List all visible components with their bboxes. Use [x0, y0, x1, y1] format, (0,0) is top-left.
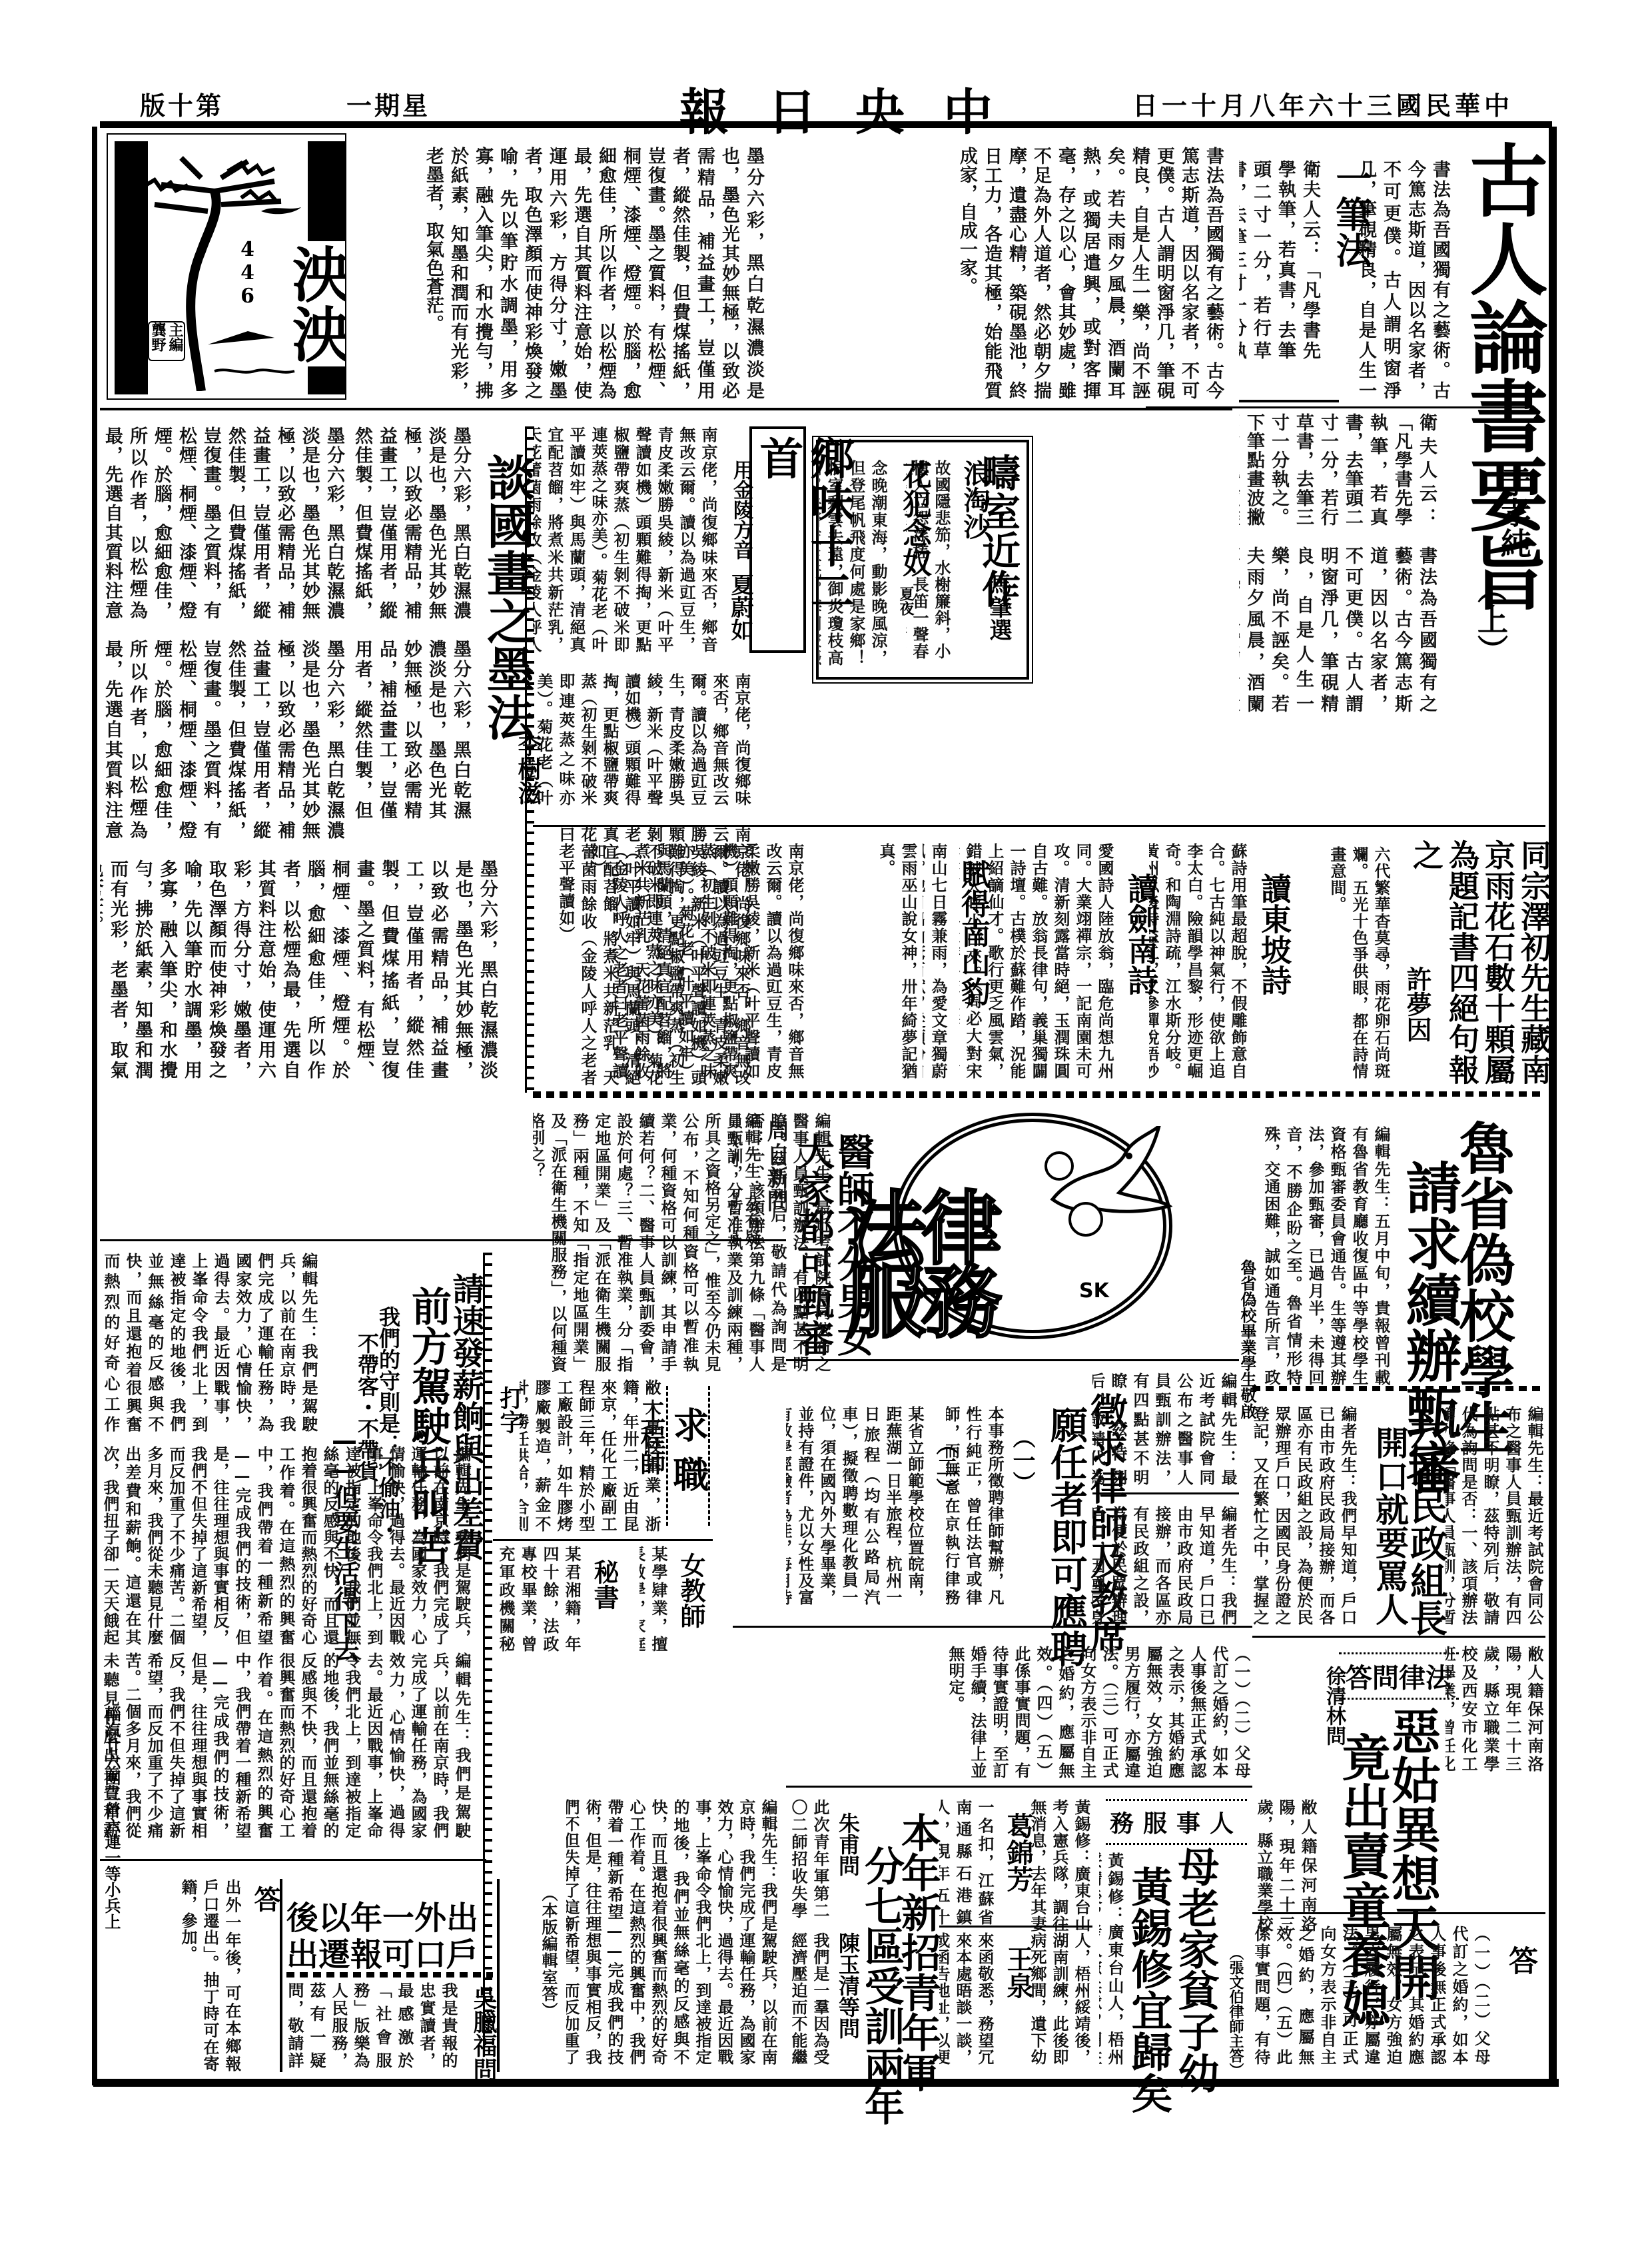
lawyer-wanted-title-line2: 願任者即可應聘 — [1039, 1406, 1092, 1667]
calligraphy-section-text: 衛夫人云：「凡學書先學執筆，若真書，去筆頭二寸一分，若行草書，去筆三寸一分執之。… — [1239, 160, 1322, 360]
poetry-box-author: 馬肇選 — [983, 573, 1015, 641]
rainstone-sub-text-3: 南山七日霧兼雨，為愛文章獨蔚佩。他日出山驚百獸，從頭盼自生姿。 — [923, 843, 949, 1079]
wavy-divider — [286, 1972, 493, 1978]
job-item-role-2: 打字 — [493, 1386, 527, 1434]
personnel-title-line1: 母老家貧子幼 — [1172, 1846, 1218, 2093]
ink-text-3: 墨分六彩，黑白乾濕濃淡是也，墨色光其妙無極，以致必需精品，補益畫工，豈僅用者，縱… — [100, 426, 346, 620]
personnel-label: 人事服務 — [1106, 1799, 1247, 1845]
missing-text-2: 來函敬悉，務望冗來本處晤談一談，或函告地址，以便聯絡敬請為荷。南京市公共汽車管理… — [939, 1932, 996, 2065]
job-item-role-3: 女教師 — [673, 1552, 709, 1628]
legal-qa-label: 法律問答 — [1339, 1652, 1459, 1700]
ink-text-1: 墨分六彩，黑白乾濕濃淡是也，墨色光其妙無極，以致必需精品，補益畫工，豈僅用者，縱… — [353, 426, 473, 620]
youth-army-answer: （一）（二）父母代訂之婚約，如本人事後無正式承認之表示，其婚約應屬無效，女方強迫… — [786, 1646, 1252, 1779]
job-item-role-4: 秘書 — [586, 1559, 623, 1610]
legal-qa-answer-label: 答 — [1499, 1946, 1541, 1975]
household-text: 我是貴報的忠實讀者，最感激於「社會服務」版樂為人民服務，茲有一疑問，敬請詳細報答… — [286, 1982, 460, 2069]
district-chief-title-line2: 開口就要罵人 — [1366, 1426, 1414, 1626]
shandong-signature: 魯省偽校畢業學生敬啟 — [1236, 1259, 1259, 1419]
job-seeking-label: 求職 — [668, 1407, 708, 1505]
legal-qa-asker: 徐清林問 — [1319, 1666, 1348, 1746]
youth-army-q2-asker: 陳玉清等問 — [833, 1932, 863, 2039]
wavy-divider — [1252, 1386, 1545, 1391]
ink-text-2: 墨分六彩，黑白乾濕濃淡是也，墨色光其妙無極，以致必需精品，補益畫工，豈僅用者，縱… — [353, 640, 473, 820]
household-answer: 出外一年後，可在本鄉報戶口遷出」。抽丁時可在寄籍，參加。 — [100, 1879, 243, 2072]
divider — [1252, 1912, 1545, 1914]
legal-qa-text: 敝人籍保河南洛陽，現年二十三歲，縣立職業學校及西安市化工班畢業，曾任化工廠製造肥… — [1445, 1646, 1545, 1772]
personnel-text: 黃錫修：廣東台山人，梧州綏靖後，考入憲兵隊，調往湖南訓練，此後即無消息，去年其妻… — [1099, 1852, 1126, 2065]
divider — [493, 1539, 713, 1541]
editor-label: 主編 — [167, 322, 184, 360]
divider — [533, 825, 1545, 827]
district-chief-text: 編者先生：我們早知道，戶口已由市政府民政局接辦，而各區亦有民政組之設，為便於民眾… — [1252, 1406, 1359, 1626]
household-asker: 吳臘福問 — [466, 1985, 500, 2081]
rainstone-sub-text-1: 蘇詩用筆最超脫，不假雕飾意自合。七古純以神氣行，使欲上追李太白。險韻學昌黎，形迹… — [1149, 843, 1249, 1079]
youth-army-q2-text: 我們是一羣因為受經濟壓迫而不能繼續求學之失學失業者，因閱報貴報見青年軍二〇二師招… — [786, 1932, 831, 2065]
youth-army-title-line2: 分七區受訓兩年 — [859, 1846, 903, 2125]
issue-number: 446 — [234, 238, 260, 308]
calligraphy-continued-4: 墨分六彩，黑白乾濕濃淡是也，墨色光其妙無極，以致必需精品，補益畫工，豈僅用者，縱… — [373, 147, 766, 400]
hometown-subtitle: 用金陵方音 — [726, 460, 755, 560]
divider — [100, 1859, 486, 1861]
divider — [786, 1786, 1252, 1788]
lawyer-wanted-part2-label: （二） — [929, 1432, 962, 1500]
rainstone-sub-heading-1: 讀東坡詩 — [1252, 873, 1296, 995]
drivers-text-2: 編輯先生：我們是駕駛兵，以前在南京時，我們完成了運輸任務，為國家效力，心情愉快，… — [100, 1446, 473, 1646]
page-border-bottom — [93, 2079, 1559, 2087]
page-border-left — [92, 127, 97, 2085]
calligraphy-continued-1: 衛夫人云：「凡學書先學執筆，若真書，去筆頭二寸一分，若行草書，去筆三寸一分執之。… — [1239, 413, 1439, 526]
rainstone-sub-text-4: 雲雨巫山說女神，卅年綺夢記猶真。 — [813, 843, 919, 1079]
divider — [100, 408, 1232, 410]
rainstone-sub-heading-3: 賦得南山豹 — [951, 859, 994, 1006]
household-answer-label: 答 — [246, 1886, 284, 1912]
poem1-title: 浪淘沙 — [956, 460, 994, 540]
paper-name: 中央日報 — [679, 73, 1031, 144]
shandong-text: 編輯先生：五月中旬，貴報曾刊載有魯省教育廳收復區中等學校學生資格甄審委員會通告。… — [1259, 1126, 1392, 1386]
logo-mark-sk: SK — [1079, 1279, 1109, 1303]
legal-qa-signature: （張文伯律師主答） — [1226, 1946, 1246, 2077]
editor-seal: 龔野 主編 — [148, 321, 185, 361]
hometown-author: 夏蔚如 — [724, 573, 757, 641]
middle-misc-text: 南京佬，尚復鄉味來否，鄉音無改云爾。讀以為過豇豆生，青皮柔嫩勝吳綾，新米（叶平聲… — [533, 843, 806, 1079]
medical-text: 編輯先生：最近考試院會同公布之醫事人員甄訓辦法，有四點甚不明瞭，茲特列后，敬請代… — [533, 1113, 833, 1373]
drivers-text-3: 編輯先生：我們是駕駛兵，以前在南京時，我們完成了運輸任務，為國家效力，心情愉快，… — [100, 1652, 473, 1839]
calligraphy-continued-3: 書法為吾國獨有之藝術。古今篤志斯道，因以名家者，不可更僕。古人謂明窗淨几，筆硯精… — [773, 147, 1226, 400]
rainstone-author: 許夢因 — [1399, 966, 1436, 1042]
missing-text-1: 一名扣，江蘇省南通縣石港鎮人，現年五十歲，戰時曾於桂林後方勤務部輜汽三營工廠材料… — [939, 1799, 996, 1926]
divider — [939, 1926, 1092, 1928]
hometown-text-cont: 南京佬，尚復鄉味來否，鄉音無改云爾。讀以為過豇豆生，青皮柔嫩勝吳綾，新米（叶平聲… — [533, 673, 753, 806]
calligraphy-part: （上） — [1469, 573, 1513, 665]
header-page-number: 第十版 — [140, 85, 224, 122]
household-title-line2: 戶口可報遷出 — [286, 1929, 478, 1975]
job-item-text-3: 某學肄業，擅長數學，家庭教師或附近學校皆可，女性為限，聘者請寄本市堂子街五十七號… — [639, 1546, 669, 1652]
legal-qa-answer: （一）（二）父母代訂之婚約，如本人事後無正式承認之表示，其婚約應屬無效，女方強迫… — [1252, 1926, 1492, 2065]
legal-service-logo-text: 法律服務 — [846, 1193, 998, 1339]
ink-text-5: 墨分六彩，黑白乾濕濃淡是也，墨色光其妙無極，以致必需精品，補益畫工，豈僅用者，縱… — [100, 859, 500, 1079]
wavy-divider — [533, 1093, 1279, 1098]
job-item-text-1: 敝人專校畢業，浙籍，年卅二，近由昆來京，任化工廠副工程師三年，精於小型工廠設計，… — [520, 1379, 663, 1532]
divider — [100, 1239, 786, 1241]
page-border-right — [1549, 127, 1557, 2085]
rainstone-title: 同宗澤初先生藏南京雨花石數十顆屬為題記書四絕句報之 — [1426, 840, 1552, 1093]
poem2-title: 花犯念奴 — [893, 460, 935, 577]
job-seeking-label-box: 求職 — [666, 1386, 710, 1526]
column-banner: 446 泱泱 龔野 主編 — [107, 133, 346, 400]
household-note: （本版編輯室答） — [506, 1886, 560, 2072]
personnel-title-line2: 黃錫修宜歸矣 — [1126, 1866, 1171, 2113]
divider — [1252, 1636, 1545, 1638]
drivers-text-1: 編輯先生：我們是駕駛兵，以前在南京時，我們完成了運輸任務，為國家效力，心情愉快，… — [100, 1253, 320, 1432]
divider — [733, 1626, 1252, 1628]
lawyer-wanted-part2: 某省立師範學校位置皖南，距蕪湖一日半旅程，杭州一日旅程（均有公路局汽車），擬徵聘… — [786, 1406, 926, 1606]
misc-bottom-text: 編輯先生：我們是駕駛兵，以前在南京時，我們完成了運輸任務，為國家效力，心情愉快，… — [566, 1799, 779, 2065]
header-date: 中華民國三十六年八月十一日 — [1132, 85, 1513, 122]
hometown-title: 鄉味十二首 — [752, 436, 853, 644]
editor-name: 龔野 — [149, 322, 167, 360]
poem2-subtitle: 夏夜 — [896, 586, 917, 616]
dove-icon — [1039, 1126, 1172, 1261]
divider — [786, 1359, 1239, 1361]
masthead-rule — [100, 121, 1552, 128]
column-title: 泱泱 — [284, 241, 346, 366]
job-item-text-4: 某君湘籍，年四十餘，法政專校畢業，曾充軍政機關秘書科長及報社編輯等職，任某中央機… — [500, 1546, 583, 1652]
personnel-text-cont: 黃錫修：廣東台山人，梧州綏靖後，考入憲兵隊，調往湖南訓練，此後即無消息，去年其妻… — [1026, 1799, 1092, 2065]
hometown-title-box: 鄉味十二首 — [749, 426, 806, 653]
calligraphy-author: 于孝純 — [1492, 466, 1536, 558]
divider — [1239, 400, 1339, 402]
divider — [1092, 1492, 1239, 1494]
ink-text-4: 墨分六彩，黑白乾濕濃淡是也，墨色光其妙無極，以致必需精品，補益畫工，豈僅用者，縱… — [100, 640, 346, 840]
medical-text-cont: 編輯先生：最近考試院會同公布之醫事人員甄訓辦法，有四點甚不明瞭，茲特列后，敬請代… — [1445, 1406, 1545, 1626]
medical-answer: 編輯先生：最近考試院會同公布之醫事人員甄訓辦法，有四點甚不明瞭，茲特列后，敬請代… — [1092, 1373, 1239, 1486]
youth-army-q1-asker: 朱甫問 — [833, 1812, 863, 1876]
calligraphy-continued-2: 書法為吾國獨有之藝術。古今篤志斯道，因以名家者，不可更僕。古人謂明窗淨几，筆硯精… — [1239, 546, 1439, 713]
youth-army-q1-text: 此次青年軍第二〇二師招收失學失業青年，敝人很想參加，茲有困難數點，請賜答：（一）… — [786, 1799, 831, 1919]
complaint-text: 編者先生：我們早知道，戶口已由市政府民政局接辦，而各區亦有民政組之設，為便於民眾… — [1092, 1506, 1239, 1626]
calligraphy-section-heading: 一筆法 — [1326, 160, 1377, 268]
hometown-text: 南京佬，尚復鄉味來否，鄉音無改云爾。讀以為過豇豆生，青皮柔嫩勝吳綾，新米（叶平聲… — [533, 426, 719, 653]
header-weekday: 星期一 — [346, 85, 430, 122]
lawyer-wanted-part1-label: （一） — [1006, 1426, 1038, 1494]
rainstone-sub-heading-2: 讀劍南詩 — [1119, 873, 1163, 995]
